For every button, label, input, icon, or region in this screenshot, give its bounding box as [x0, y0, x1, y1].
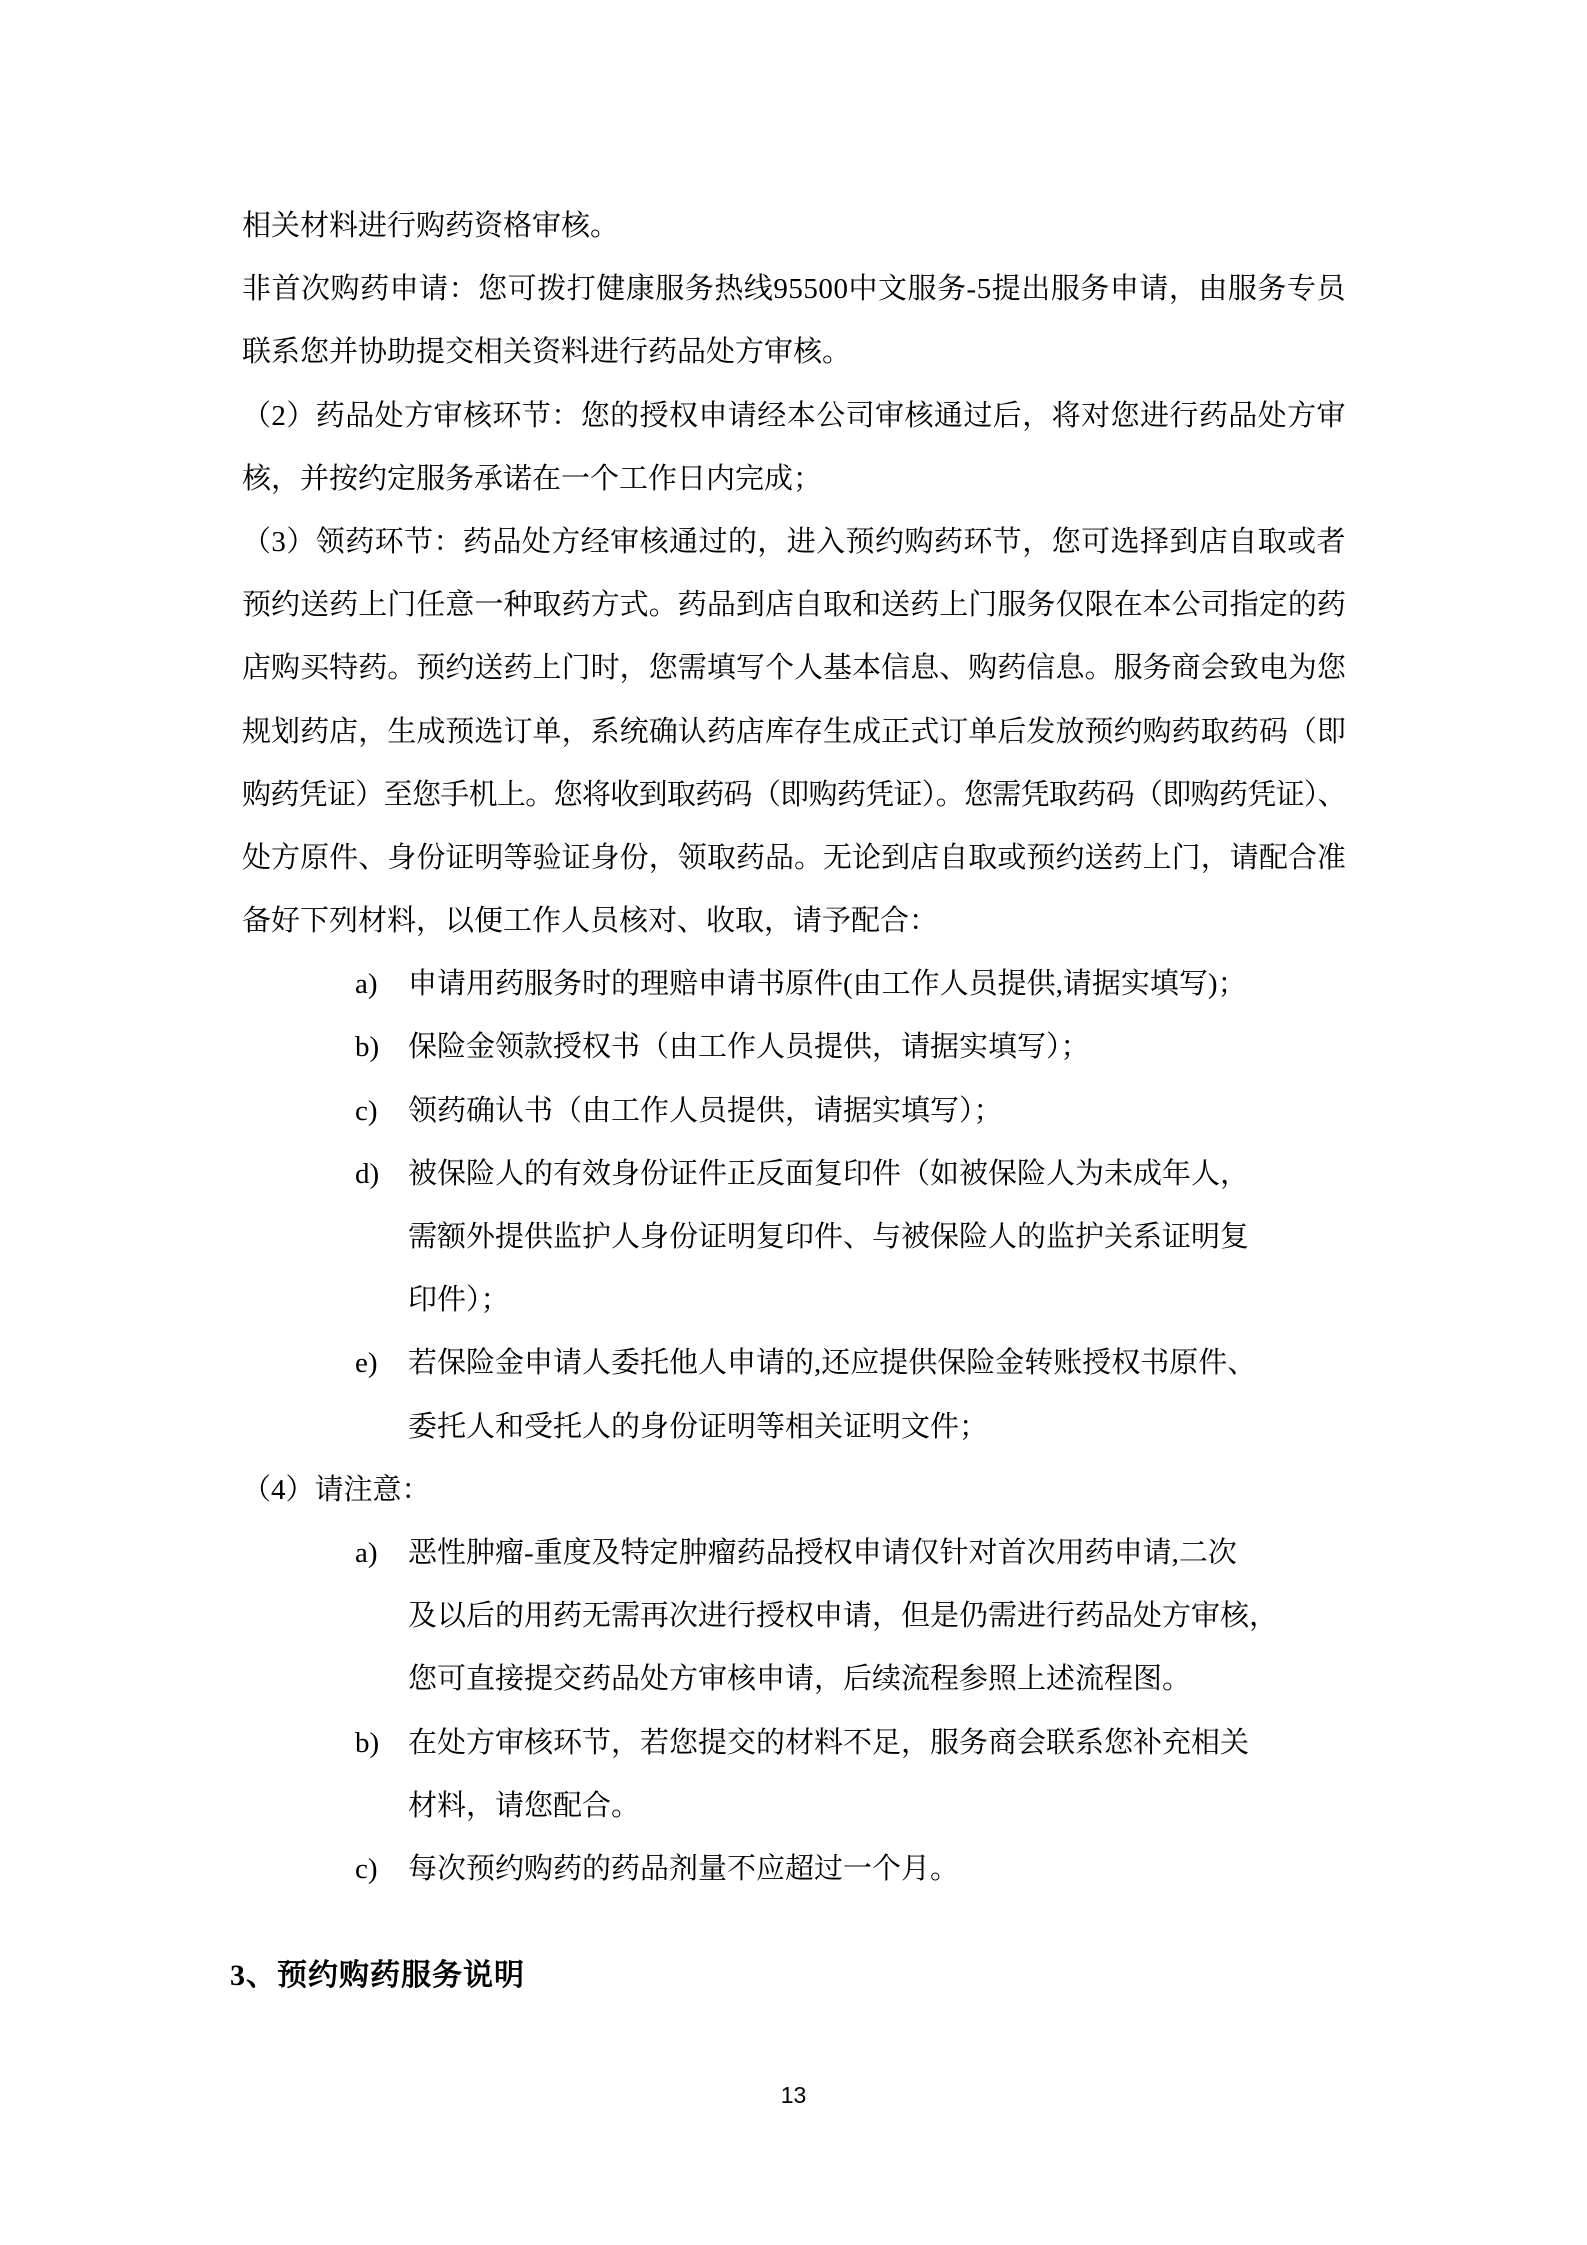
section-heading: 3、预约购药服务说明	[230, 1956, 525, 1996]
list-letter: e)	[355, 1343, 378, 1383]
paragraph-text: 核，并按约定服务承诺在一个工作日内完成；	[242, 459, 822, 499]
text-line: a)申请用药服务时的理赔申请书原件(由工作人员提供,请据实填写)；	[242, 964, 1346, 1027]
text-line: 非首次购药申请：您可拨打健康服务热线95500中文服务-5提出服务申请，由服务专…	[242, 269, 1346, 332]
list-item-text: 领药确认书（由工作人员提供，请据实填写）；	[408, 1091, 1346, 1131]
list-item-text: 若保险金申请人委托他人申请的,还应提供保险金转账授权书原件、	[408, 1343, 1346, 1383]
text-line: b)在处方审核环节，若您提交的材料不足，服务商会联系您补充相关	[242, 1723, 1346, 1786]
text-line: a)恶性肿瘤-重度及特定肿瘤药品授权申请仅针对首次用药申请,二次	[242, 1533, 1346, 1596]
list-item-text: 委托人和受托人的身份证明等相关证明文件；	[408, 1407, 1346, 1447]
text-line: 您可直接提交药品处方审核申请，后续流程参照上述流程图。	[242, 1659, 1346, 1722]
list-item-text: 需额外提供监护人身份证明复印件、与被保险人的监护关系证明复	[408, 1217, 1346, 1257]
list-letter: b)	[355, 1027, 379, 1067]
text-line: 委托人和受托人的身份证明等相关证明文件；	[242, 1407, 1346, 1470]
page-number: 13	[0, 2082, 1587, 2109]
list-letter: d)	[355, 1154, 379, 1194]
paragraph-text: 联系您并协助提交相关资料进行药品处方审核。	[242, 332, 851, 372]
list-item-text: 申请用药服务时的理赔申请书原件(由工作人员提供,请据实填写)；	[408, 964, 1346, 1004]
document-page: 相关材料进行购药资格审核。非首次购药申请：您可拨打健康服务热线95500中文服务…	[0, 0, 1587, 2245]
paragraph-text: （2）药品处方审核环节：您的授权申请经本公司审核通过后，将对您进行药品处方审	[242, 396, 1346, 436]
list-letter: c)	[355, 1849, 378, 1889]
list-item-text: 及以后的用药无需再次进行授权申请，但是仍需进行药品处方审核，	[408, 1596, 1346, 1636]
text-line: e)若保险金申请人委托他人申请的,还应提供保险金转账授权书原件、	[242, 1343, 1346, 1406]
list-item-text: 印件）；	[408, 1280, 1346, 1320]
list-item-text: 在处方审核环节，若您提交的材料不足，服务商会联系您补充相关	[408, 1723, 1346, 1763]
text-line: 规划药店，生成预选订单，系统确认药店库存生成正式订单后发放预约购药取药码（即	[242, 712, 1346, 775]
text-line: 联系您并协助提交相关资料进行药品处方审核。	[242, 332, 1346, 395]
paragraph-text: 购药凭证）至您手机上。您将收到取药码（即购药凭证）。您需凭取药码（即购药凭证）、	[242, 775, 1346, 815]
list-item-text: 每次预约购药的药品剂量不应超过一个月。	[408, 1849, 1346, 1889]
text-line: 材料，请您配合。	[242, 1786, 1346, 1849]
list-letter: a)	[355, 964, 378, 1004]
paragraph-text: 相关材料进行购药资格审核。	[242, 206, 619, 246]
paragraph-text: （3）领药环节：药品处方经审核通过的，进入预约购药环节，您可选择到店自取或者	[242, 522, 1346, 562]
text-line: （2）药品处方审核环节：您的授权申请经本公司审核通过后，将对您进行药品处方审	[242, 396, 1346, 459]
list-letter: a)	[355, 1533, 378, 1573]
list-letter: c)	[355, 1091, 378, 1131]
text-line: 购药凭证）至您手机上。您将收到取药码（即购药凭证）。您需凭取药码（即购药凭证）、	[242, 775, 1346, 838]
text-line: 印件）；	[242, 1280, 1346, 1343]
text-line: d)被保险人的有效身份证件正反面复印件（如被保险人为未成年人，	[242, 1154, 1346, 1217]
paragraph-text: 非首次购药申请：您可拨打健康服务热线95500中文服务-5提出服务申请，由服务专…	[242, 269, 1346, 309]
text-line: 核，并按约定服务承诺在一个工作日内完成；	[242, 459, 1346, 522]
list-item-text: 被保险人的有效身份证件正反面复印件（如被保险人为未成年人，	[408, 1154, 1346, 1194]
list-item-text: 恶性肿瘤-重度及特定肿瘤药品授权申请仅针对首次用药申请,二次	[408, 1533, 1346, 1573]
text-line: c)每次预约购药的药品剂量不应超过一个月。	[242, 1849, 1346, 1912]
text-line: 相关材料进行购药资格审核。	[242, 206, 1346, 269]
list-item-text: 材料，请您配合。	[408, 1786, 1346, 1826]
text-line: （3）领药环节：药品处方经审核通过的，进入预约购药环节，您可选择到店自取或者	[242, 522, 1346, 585]
paragraph-text: 处方原件、身份证明等验证身份，领取药品。无论到店自取或预约送药上门，请配合准	[242, 838, 1346, 878]
text-line: （4）请注意：	[242, 1470, 1346, 1533]
paragraph-text: 店购买特药。预约送药上门时，您需填写个人基本信息、购药信息。服务商会致电为您	[242, 648, 1346, 688]
text-line: b)保险金领款授权书（由工作人员提供，请据实填写）；	[242, 1027, 1346, 1090]
text-line: c)领药确认书（由工作人员提供，请据实填写）；	[242, 1091, 1346, 1154]
body-text: 相关材料进行购药资格审核。非首次购药申请：您可拨打健康服务热线95500中文服务…	[242, 206, 1346, 1912]
text-line: 预约送药上门任意一种取药方式。药品到店自取和送药上门服务仅限在本公司指定的药	[242, 585, 1346, 648]
text-line: 及以后的用药无需再次进行授权申请，但是仍需进行药品处方审核，	[242, 1596, 1346, 1659]
text-line: 店购买特药。预约送药上门时，您需填写个人基本信息、购药信息。服务商会致电为您	[242, 648, 1346, 711]
list-letter: b)	[355, 1723, 379, 1763]
list-item-text: 保险金领款授权书（由工作人员提供，请据实填写）；	[408, 1027, 1346, 1067]
paragraph-text: 预约送药上门任意一种取药方式。药品到店自取和送药上门服务仅限在本公司指定的药	[242, 585, 1346, 625]
text-line: 备好下列材料，以便工作人员核对、收取，请予配合：	[242, 901, 1346, 964]
paragraph-text: 备好下列材料，以便工作人员核对、收取，请予配合：	[242, 901, 938, 941]
paragraph-text: （4）请注意：	[242, 1470, 431, 1510]
list-item-text: 您可直接提交药品处方审核申请，后续流程参照上述流程图。	[408, 1659, 1346, 1699]
text-line: 处方原件、身份证明等验证身份，领取药品。无论到店自取或预约送药上门，请配合准	[242, 838, 1346, 901]
paragraph-text: 规划药店，生成预选订单，系统确认药店库存生成正式订单后发放预约购药取药码（即	[242, 712, 1346, 752]
text-line: 需额外提供监护人身份证明复印件、与被保险人的监护关系证明复	[242, 1217, 1346, 1280]
